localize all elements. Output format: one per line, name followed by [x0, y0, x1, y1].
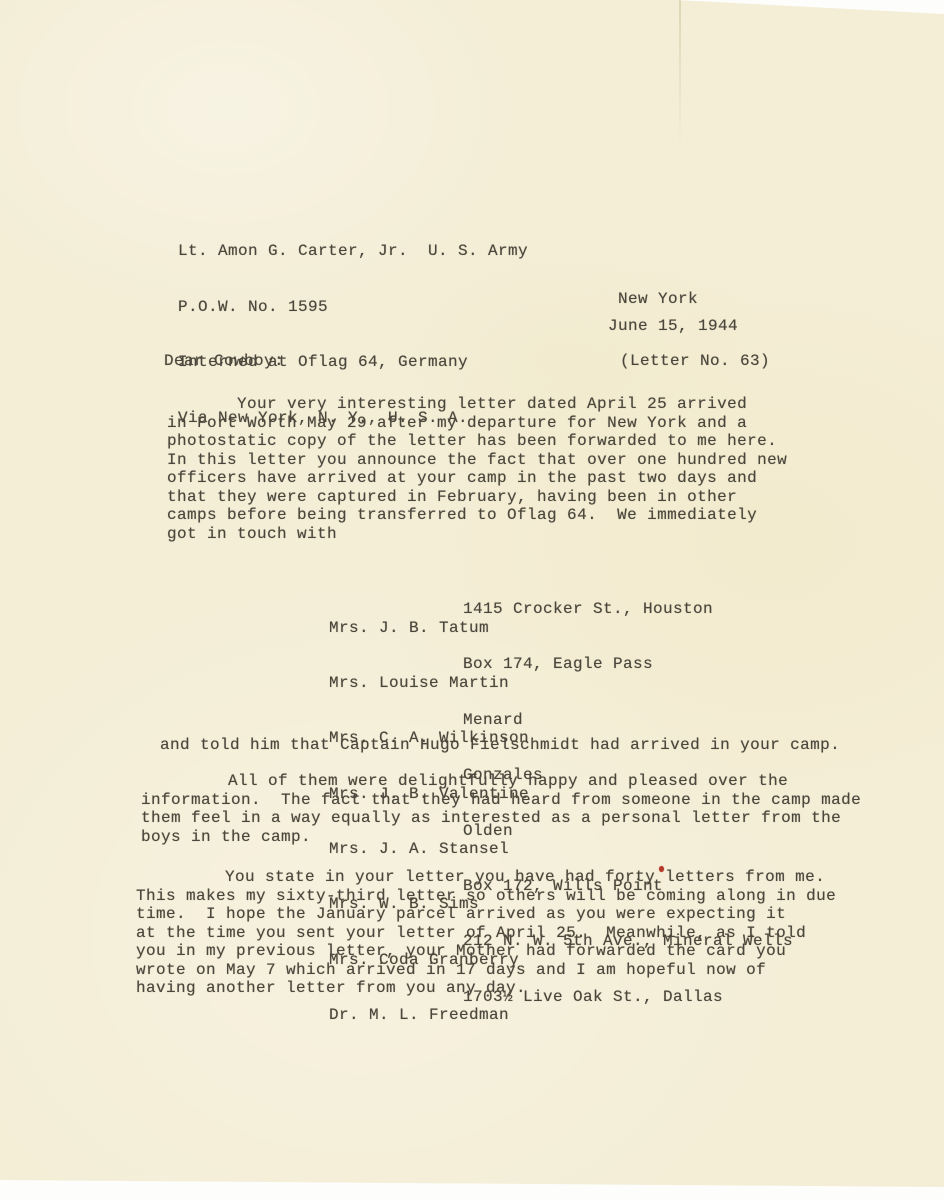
- paragraph-3: You state in your letter you have had fo…: [136, 868, 896, 998]
- contact-row: Mrs. Louise Martin Box 174, Eagle Pass: [269, 655, 529, 673]
- salutation: Dear Cowboy:: [164, 352, 284, 371]
- place-line: New York: [618, 290, 698, 309]
- paragraph-1: Your very interesting letter dated April…: [167, 395, 827, 543]
- line-after-contacts: and told him that Captain Hugo Fielschmi…: [160, 736, 840, 755]
- contact-address: 1415 Crocker St., Houston: [463, 600, 713, 619]
- contact-name: Dr. M. L. Freedman: [329, 1006, 509, 1024]
- contact-name: Mrs. J. B. Tatum: [329, 619, 489, 637]
- sender-line: P.O.W. No. 1595: [178, 298, 528, 317]
- letter-number: (Letter No. 63): [620, 352, 770, 371]
- paper-crease: [679, 0, 681, 150]
- scanned-letter-page: Lt. Amon G. Carter, Jr. U. S. Army P.O.W…: [0, 0, 944, 1200]
- date-line: June 15, 1944: [608, 317, 738, 336]
- contact-row: Mrs. J. B. Tatum 1415 Crocker St., Houst…: [269, 600, 529, 618]
- contact-name: Mrs. Louise Martin: [329, 674, 509, 692]
- contact-address: Menard: [463, 711, 523, 730]
- contact-row: Mrs. C. A. Wilkinson Menard: [269, 711, 529, 729]
- contact-address: Box 174, Eagle Pass: [463, 655, 653, 674]
- sender-line: Lt. Amon G. Carter, Jr. U. S. Army: [178, 242, 528, 261]
- paragraph-2: All of them were delightfully happy and …: [141, 772, 901, 846]
